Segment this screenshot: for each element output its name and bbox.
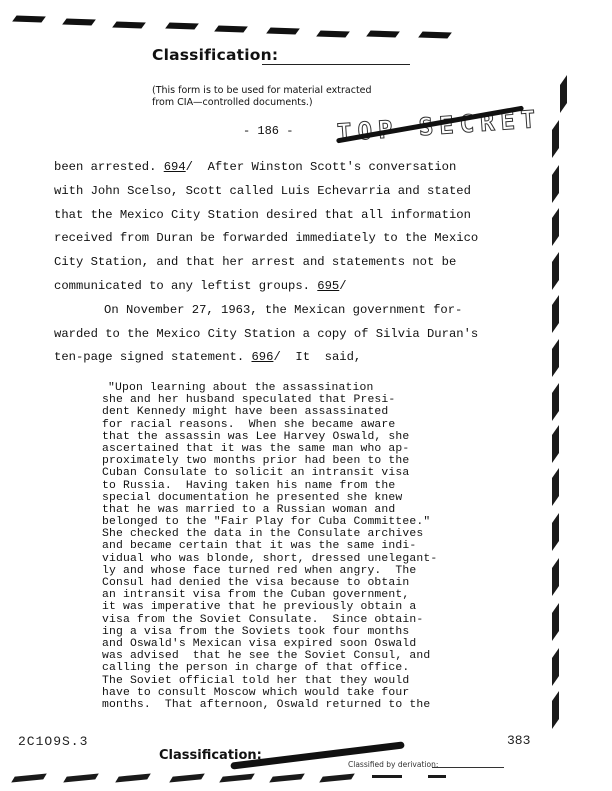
edge-mark: [266, 27, 300, 34]
edge-mark: [63, 773, 99, 782]
quote-line: "Upon learning about the assassination: [102, 382, 502, 394]
form-note-line: from CIA—controlled documents.): [152, 97, 442, 109]
derivation-blank: [432, 767, 504, 768]
edge-mark: [552, 603, 559, 641]
quote-line: proximately two months prior had been to…: [102, 455, 502, 467]
page-number: - 186 -: [243, 124, 293, 138]
quote-line: ascertained that it was the same man who…: [102, 443, 502, 455]
edge-mark: [11, 773, 47, 782]
edge-mark: [552, 295, 559, 333]
quote-line: Consul had denied the visa because to ob…: [102, 577, 502, 589]
quote-line: dent Kennedy might have been assassinate…: [102, 406, 502, 418]
body-line: been arrested. 694/ After Winston Scott'…: [54, 156, 524, 180]
edge-mark: [552, 383, 559, 421]
quote-line: for racial reasons. When she became awar…: [102, 419, 502, 431]
quote-line: that he was married to a Russian woman a…: [102, 504, 502, 516]
edge-mark: [552, 558, 559, 596]
body-line: that the Mexico City Station desired tha…: [54, 204, 524, 228]
quote-line: and Oswald's Mexican visa expired soon O…: [102, 638, 502, 650]
quote-line: ing a visa from the Soviets took four mo…: [102, 626, 502, 638]
quote-line: that the assassin was Lee Harvey Oswald,…: [102, 431, 502, 443]
form-note-line: (This form is to be used for material ex…: [152, 85, 442, 97]
edge-mark: [169, 773, 205, 782]
quote-line: ly and whose face turned red when angry.…: [102, 565, 502, 577]
quote-line: She checked the data in the Consulate ar…: [102, 528, 502, 540]
edge-mark: [12, 15, 46, 22]
edge-mark: [552, 468, 559, 506]
footnote-ref: 696: [251, 350, 273, 364]
edge-mark: [552, 425, 559, 463]
edge-mark: [552, 648, 559, 686]
classification-header-label: Classification:: [152, 46, 278, 64]
quote-line: it was imperative that he previously obt…: [102, 601, 502, 613]
body-line: warded to the Mexico City Station a copy…: [54, 323, 524, 347]
footnote-ref: 695: [317, 279, 339, 293]
document-page: Classification: (This form is to be used…: [0, 0, 612, 791]
body-line: On November 27, 1963, the Mexican govern…: [54, 299, 524, 323]
edge-mark: [319, 773, 355, 782]
edge-mark: [316, 30, 350, 37]
edge-mark: [62, 18, 96, 25]
quote-line: vidual who was blonde, short, dressed un…: [102, 553, 502, 565]
edge-mark: [552, 208, 559, 246]
edge-mark: [552, 513, 559, 551]
edge-mark: [165, 22, 199, 29]
form-note: (This form is to be used for material ex…: [152, 85, 442, 109]
quote-line: Cuban Consulate to solicit an intransit …: [102, 467, 502, 479]
quote-line: have to consult Moscow which would take …: [102, 687, 502, 699]
edge-mark: [552, 120, 559, 158]
body-line: City Station, and that her arrest and st…: [54, 251, 524, 275]
edge-mark: [552, 339, 559, 377]
edge-mark: [552, 252, 559, 290]
edge-mark: [214, 25, 248, 32]
body-paragraphs: been arrested. 694/ After Winston Scott'…: [54, 156, 524, 370]
edge-mark: [115, 773, 151, 782]
document-number: 383: [507, 733, 530, 748]
body-line: ten-page signed statement. 696/ It said,: [54, 346, 524, 370]
quote-line: and became certain that it was the same …: [102, 540, 502, 552]
edge-mark: [560, 75, 567, 113]
quote-line: visa from the Soviet Consulate. Since ob…: [102, 614, 502, 626]
edge-mark: [366, 30, 400, 37]
edge-mark: [552, 165, 559, 203]
edge-mark: [112, 21, 146, 28]
footnote-ref: 694: [164, 160, 186, 174]
body-line: with John Scelso, Scott called Luis Eche…: [54, 180, 524, 204]
edge-mark: [372, 775, 402, 778]
quote-line: calling the person in charge of that off…: [102, 662, 502, 674]
edge-mark: [418, 31, 452, 38]
edge-mark: [552, 691, 559, 729]
quote-line: was advised that he see the Soviet Consu…: [102, 650, 502, 662]
classification-header-blank: [262, 64, 410, 65]
quote-line: special documentation he presented she k…: [102, 492, 502, 504]
quote-line: an intransit visa from the Cuban governm…: [102, 589, 502, 601]
edge-mark: [428, 775, 446, 778]
quote-line: she and her husband speculated that Pres…: [102, 394, 502, 406]
body-line: received from Duran be forwarded immedia…: [54, 227, 524, 251]
body-line: communicated to any leftist groups. 695/: [54, 275, 524, 299]
quote-line: months. That afternoon, Oswald returned …: [102, 699, 502, 711]
duran-statement-quote: "Upon learning about the assassination s…: [102, 382, 502, 711]
edge-mark: [269, 773, 305, 782]
document-id: 2C1O9S.3: [18, 734, 88, 749]
quote-line: to Russia. Having taken his name from th…: [102, 480, 502, 492]
quote-line: The Soviet official told her that they w…: [102, 675, 502, 687]
derivation-label: Classified by derivation:: [348, 760, 438, 769]
quote-line: belonged to the "Fair Play for Cuba Comm…: [102, 516, 502, 528]
edge-mark: [219, 773, 255, 782]
